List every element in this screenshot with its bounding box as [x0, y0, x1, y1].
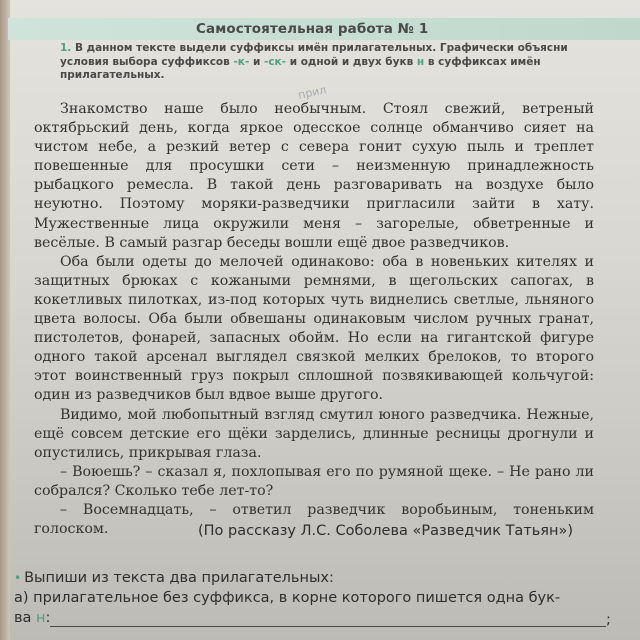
handwritten-note: прил	[297, 83, 327, 102]
item-a: а) прилагательное без суффикса, в корне …	[14, 588, 614, 608]
page-title: Самостоятельная работа № 1	[196, 21, 428, 37]
exercise-block: •Выпиши из текста два прилагательных: а)…	[14, 568, 614, 632]
suffix-k: -к-	[233, 56, 249, 68]
task-and: и	[249, 56, 264, 68]
task-number: 1.	[60, 42, 71, 54]
page-edge	[0, 0, 10, 640]
suffix-sk: -ск-	[264, 56, 286, 68]
bullet-icon: •	[14, 571, 21, 585]
item-a-letter: н	[36, 610, 45, 626]
answer-input-a[interactable]	[50, 624, 606, 627]
item-a-text: а) прилагательное без суффикса, в корне …	[14, 590, 560, 606]
story-text: Знакомство наше было необычным. Стоял св…	[34, 100, 594, 539]
story-paragraph: Знакомство наше было необычным. Стоял св…	[34, 100, 594, 253]
task-instruction: 1. В данном тексте выдели суффиксы имён …	[60, 42, 592, 83]
exercise-instruction: •Выпиши из текста два прилагательных:	[14, 568, 614, 588]
terminator: ;	[606, 610, 611, 630]
story-paragraph: Видимо, мой любопытный взгляд смутил юно…	[34, 406, 594, 463]
story-paragraph: – Воюешь? – сказал я, похлопывая его по …	[34, 463, 594, 501]
instruction-text: Выпиши из текста два прилагательных:	[24, 570, 334, 586]
task-text-2: и одной и двух букв	[286, 56, 417, 68]
story-source: (По рассказу Л.С. Соболева «Разведчик Та…	[198, 523, 573, 539]
item-a-answer-row: ва н: ;	[14, 608, 614, 632]
story-paragraph: Оба были одеты до мелочей одинаково: оба…	[34, 253, 594, 406]
item-a-cont: ва	[14, 610, 36, 626]
